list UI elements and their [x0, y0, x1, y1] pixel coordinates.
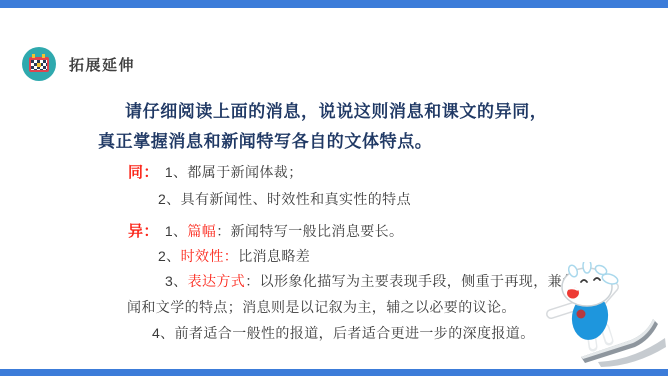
diff-item-4: 4、前者适合一般性的报道，后者适合更进一步的深度报道。	[152, 323, 535, 343]
same-item-1: 同：1、都属于新闻体裁；	[128, 161, 303, 182]
keyword-timeliness: 时效性：	[181, 248, 239, 264]
goat-mascot-illustration	[543, 262, 668, 374]
intro-line-1: 请仔细阅读上面的消息，说说这则消息和课文的异同，	[125, 97, 547, 122]
diff-item-3-continuation: 闻和文学的特点；消息则是以记叙为主，辅之以必要的议论。	[127, 297, 516, 317]
keyword-length: 篇幅	[187, 223, 216, 239]
top-border-bar	[0, 0, 668, 8]
slide-header: 拓展延伸	[22, 47, 135, 81]
keyword-expression: 表达方式	[188, 273, 246, 289]
diff-item-2: 2、时效性：比消息略差	[158, 246, 310, 266]
same-item-2: 2、具有新闻性、时效性和真实性的特点	[158, 189, 411, 209]
calendar-icon	[22, 47, 56, 81]
slide-title: 拓展延伸	[69, 54, 135, 75]
same-label: 同：	[128, 164, 159, 181]
diff-item-3: 3、表达方式：以形象化描写为主要表现手段，侧重于再现，兼备新	[165, 271, 591, 291]
diff-label: 异：	[128, 223, 159, 240]
intro-line-2: 真正掌握消息和新闻特写各自的文体特点。	[98, 127, 432, 152]
diff-item-1: 异：1、篇幅：新闻特写一般比消息要长。	[128, 220, 403, 241]
presentation-slide: 拓展延伸 请仔细阅读上面的消息，说说这则消息和课文的异同， 真正掌握消息和新闻特…	[0, 0, 668, 376]
